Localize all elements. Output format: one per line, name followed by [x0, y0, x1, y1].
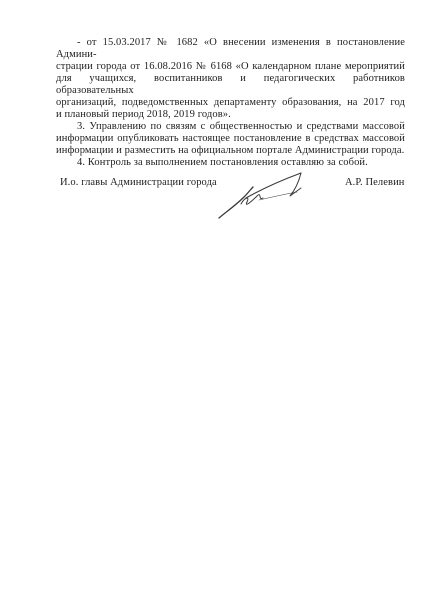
text-line: для учащихся, воспитанников и педагогиче… — [56, 73, 405, 97]
text-line: организаций, подведомственных департамен… — [56, 97, 405, 109]
body-text: - от 15.03.2017 № 1682 «О внесении измен… — [56, 37, 405, 169]
text-line: и плановый период 2018, 2019 годов». — [56, 109, 405, 121]
text-line: - от 15.03.2017 № 1682 «О внесении измен… — [56, 37, 405, 61]
text-line: информации опубликовать настоящее постан… — [56, 133, 405, 145]
text-line: информации и разместить на официальном п… — [56, 145, 405, 157]
text-line: 3. Управлению по связям с общественность… — [56, 121, 405, 133]
document-page: - от 15.03.2017 № 1682 «О внесении измен… — [0, 0, 423, 598]
signatory-name: А.Р. Пелевин — [345, 176, 405, 189]
text-line: страции города от 16.08.2016 № 6168 «О к… — [56, 61, 405, 73]
signatory-title: И.о. главы Администрации города — [60, 176, 217, 189]
handwritten-signature-icon — [210, 165, 310, 221]
